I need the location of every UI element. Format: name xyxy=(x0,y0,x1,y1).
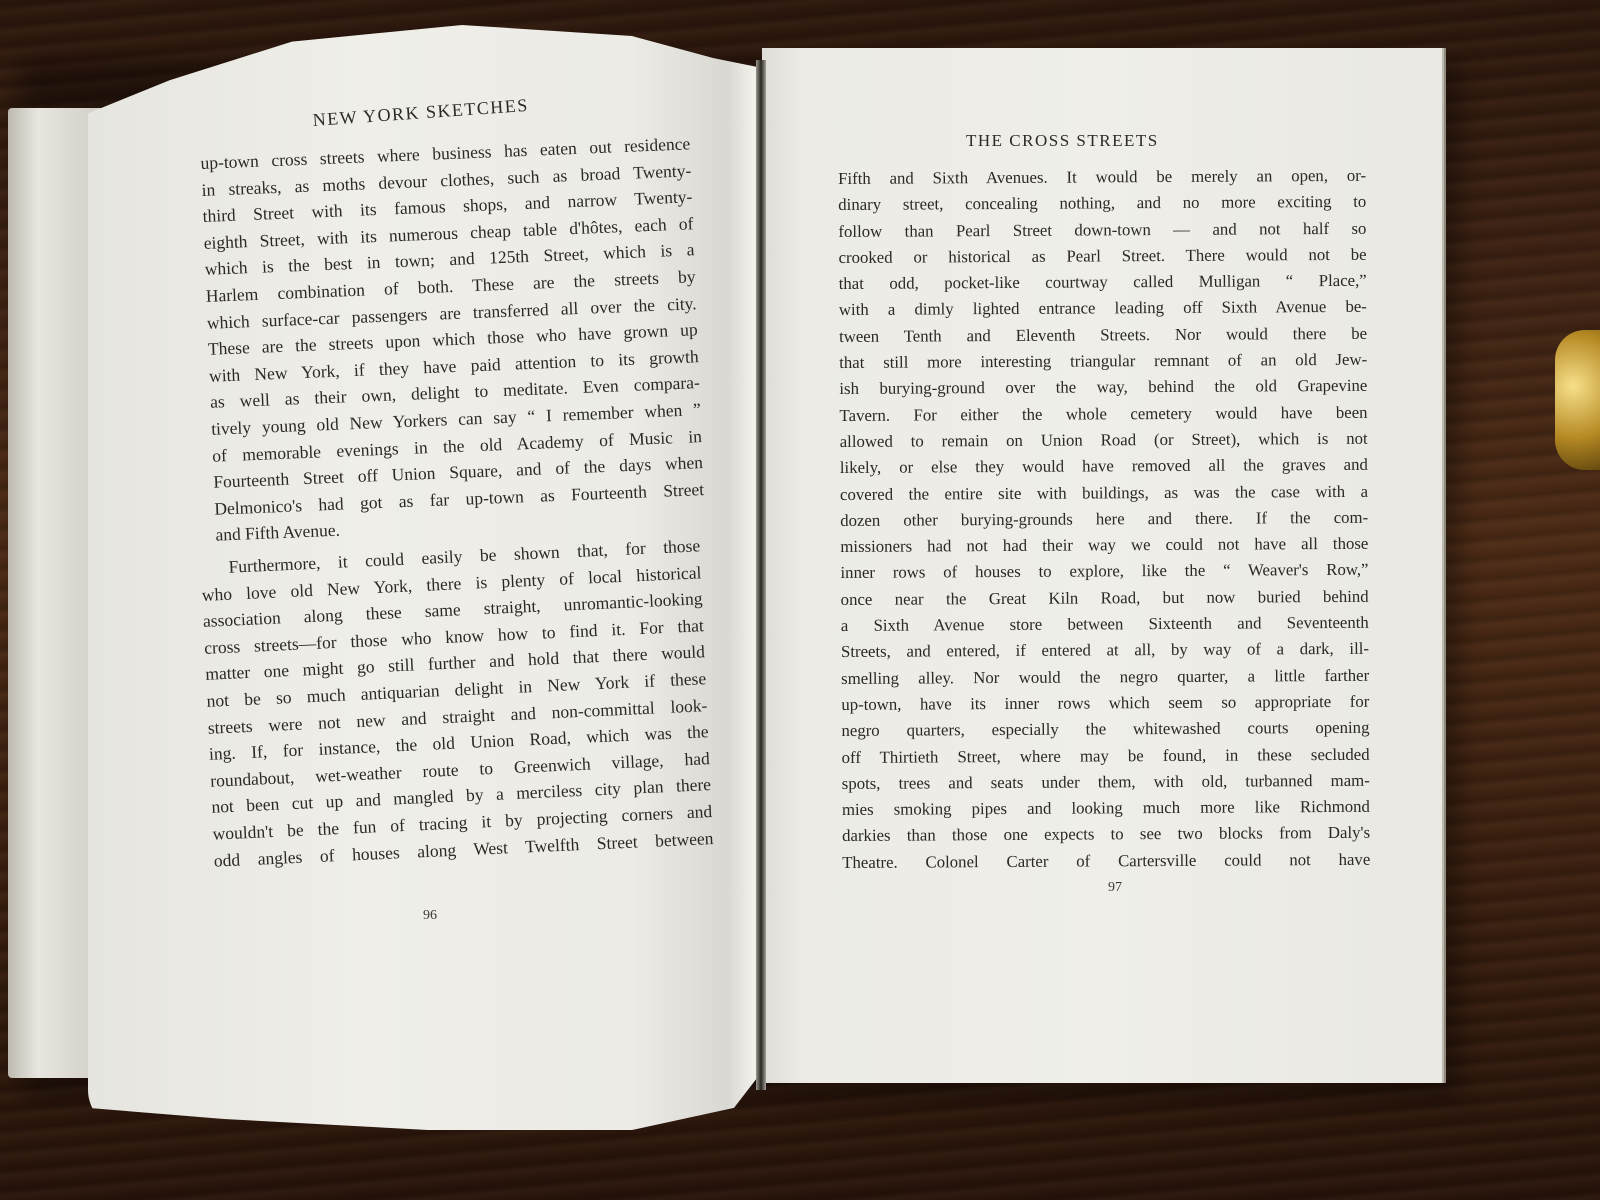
text-line: negro quarters, especially the whitewash… xyxy=(841,715,1369,745)
text-line: ish burying-ground over the way, behind … xyxy=(839,373,1367,403)
text-line: dinary street, concealing nothing, and n… xyxy=(838,189,1366,219)
right-running-head: THE CROSS STREETS xyxy=(966,131,1159,151)
text-line: Theatre. Colonel Carter of Cartersville … xyxy=(842,846,1370,876)
text-line: smelling alley. Nor would the negro quar… xyxy=(841,662,1369,692)
text-line: darkies than those one expects to see tw… xyxy=(842,820,1370,850)
text-line: mies smoking pipes and looking much more… xyxy=(842,794,1370,824)
text-line: once near the Great Kiln Road, but now b… xyxy=(841,584,1369,614)
text-line: Fifth and Sixth Avenues. It would be mer… xyxy=(838,163,1366,193)
left-paragraph-2: Furthermore, it could easily be shown th… xyxy=(200,532,714,873)
text-line: that still more interesting triangular r… xyxy=(839,347,1367,377)
text-line: missioners had not had their way we coul… xyxy=(840,531,1368,561)
text-line: spots, trees and seats under them, with … xyxy=(842,768,1370,798)
text-line: a Sixth Avenue store between Sixteenth a… xyxy=(841,610,1369,640)
text-line: dozen other burying-grounds here and the… xyxy=(840,505,1368,535)
right-page-number: 97 xyxy=(1108,880,1122,896)
brass-object xyxy=(1555,330,1600,470)
text-line: inner rows of houses to explore, like th… xyxy=(840,557,1368,587)
text-line: Tavern. For either the whole cemetery wo… xyxy=(839,399,1367,429)
text-line: covered the entire site with buildings, … xyxy=(840,478,1368,508)
text-line: with a dimly lighted entrance leading of… xyxy=(839,294,1367,324)
text-line: up-town, have its inner rows which seem … xyxy=(841,689,1369,719)
right-body-text: Fifth and Sixth Avenues. It would be mer… xyxy=(838,163,1370,876)
text-line: off Thirtieth Street, where may be found… xyxy=(842,741,1370,771)
text-line: that odd, pocket-like courtway called Mu… xyxy=(839,268,1367,298)
text-line: tween Tenth and Eleventh Streets. Nor wo… xyxy=(839,321,1367,351)
text-line: allowed to remain on Union Road (or Stre… xyxy=(840,426,1368,456)
text-line: Streets, and entered, if entered at all,… xyxy=(841,636,1369,666)
book-gutter xyxy=(756,60,766,1090)
text-line: likely, or else they would have removed … xyxy=(840,452,1368,482)
text-line: crooked or historical as Pearl Street. T… xyxy=(838,242,1366,272)
text-line: follow than Pearl Street down-town — and… xyxy=(838,215,1366,245)
left-paragraph-1: up-town cross streets where business has… xyxy=(200,130,706,548)
left-page-number: 96 xyxy=(423,908,437,924)
